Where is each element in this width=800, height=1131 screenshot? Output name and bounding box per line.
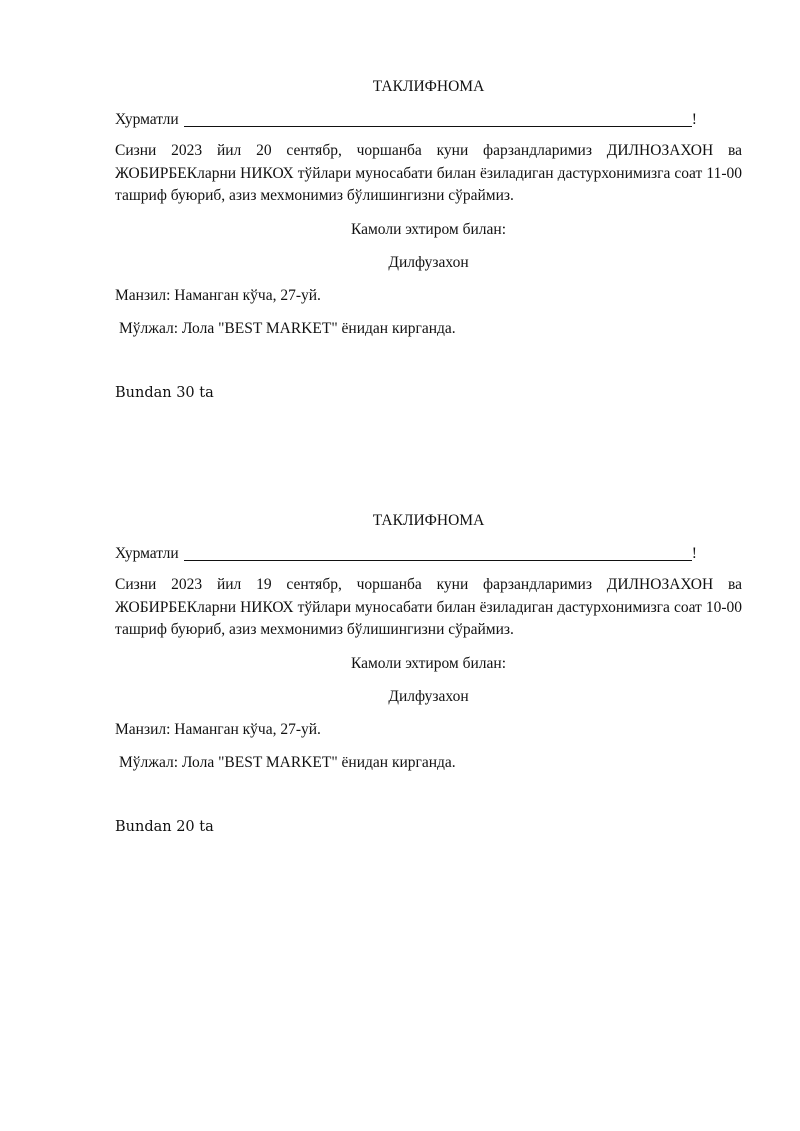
invitation-body: Сизни 2023 йил 20 сентябр, чоршанба куни… (115, 140, 742, 208)
landmark: Мўлжал: Лола "BEST MARKET" ёнидан кирган… (115, 318, 742, 340)
address: Манзил: Наманган кўча, 27-уй. (115, 719, 742, 741)
address: Манзил: Наманган кўча, 27-уй. (115, 285, 742, 307)
invitation-1: ТАКЛИФНОМА Хурматли ! Сизни 2023 йил 20 … (115, 77, 742, 404)
signature: Дилфузахон (115, 252, 742, 274)
invitation-body: Сизни 2023 йил 19 сентябр, чоршанба куни… (115, 574, 742, 642)
greeting-label: Хурматли (115, 543, 179, 565)
greeting-label: Хурматли (115, 109, 179, 131)
recipient-name-blank (184, 112, 692, 127)
copy-count: Bundan 30 ta (115, 382, 742, 404)
greeting-exclamation: ! (692, 543, 697, 565)
invitation-title: ТАКЛИФНОМА (115, 77, 742, 99)
copy-count: Bundan 20 ta (115, 816, 742, 838)
greeting-line: Хурматли ! (115, 109, 742, 131)
invitation-2: ТАКЛИФНОМА Хурматли ! Сизни 2023 йил 19 … (115, 511, 742, 838)
landmark: Мўлжал: Лола "BEST MARKET" ёнидан кирган… (115, 752, 742, 774)
signature: Дилфузахон (115, 686, 742, 708)
closing-phrase: Камоли эхтиром билан: (115, 653, 742, 675)
recipient-name-blank (184, 546, 692, 561)
greeting-line: Хурматли ! (115, 543, 742, 565)
invitation-title: ТАКЛИФНОМА (115, 511, 742, 533)
greeting-exclamation: ! (692, 109, 697, 131)
closing-phrase: Камоли эхтиром билан: (115, 219, 742, 241)
